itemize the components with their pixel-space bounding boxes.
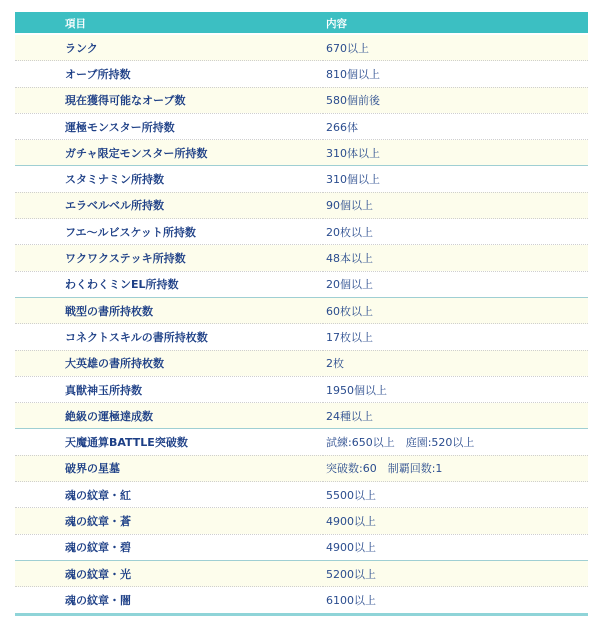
row-item: ワクワクステッキ所持数 [15, 245, 323, 271]
table-row: 魂の紋章・光5200以上 [15, 560, 588, 586]
table-row: 運極モンスター所持数266体 [15, 113, 588, 139]
row-value: 1950個以上 [323, 376, 588, 402]
table-row: 大英雄の書所持枚数2枚 [15, 350, 588, 376]
row-item: スタミナミン所持数 [15, 166, 323, 192]
table-row: 真獣神玉所持数1950個以上 [15, 376, 588, 402]
row-item: 真獣神玉所持数 [15, 376, 323, 402]
row-value: 17枚以上 [323, 324, 588, 350]
row-item: 天魔通算BATTLE突破数 [15, 429, 323, 455]
table-row: 魂の紋章・闇6100以上 [15, 587, 588, 614]
row-value: 670以上 [323, 35, 588, 61]
table-row: フエ〜ルビスケット所持数20枚以上 [15, 219, 588, 245]
row-item: ガチャ限定モンスター所持数 [15, 140, 323, 166]
status-table: 項目 内容 ランク670以上 オーブ所持数810個以上 現在獲得可能なオーブ数5… [15, 12, 588, 616]
row-item: 魂の紋章・紅 [15, 482, 323, 508]
row-item: 魂の紋章・蒼 [15, 508, 323, 534]
row-value: 810個以上 [323, 61, 588, 87]
row-item: 戦型の書所持枚数 [15, 297, 323, 323]
row-item: 現在獲得可能なオーブ数 [15, 87, 323, 113]
row-value: 310個以上 [323, 166, 588, 192]
row-value: 90個以上 [323, 192, 588, 218]
header-value: 内容 [323, 12, 588, 35]
table-row: 天魔通算BATTLE突破数試練:650以上 庭園:520以上 [15, 429, 588, 455]
row-item: 運極モンスター所持数 [15, 113, 323, 139]
table-row: 魂の紋章・碧4900以上 [15, 534, 588, 560]
row-value: 4900以上 [323, 534, 588, 560]
row-item: ランク [15, 35, 323, 61]
table-row: エラベルベル所持数90個以上 [15, 192, 588, 218]
table-row: オーブ所持数810個以上 [15, 61, 588, 87]
table-row: 絶級の運極達成数24種以上 [15, 403, 588, 429]
row-value: 48本以上 [323, 245, 588, 271]
table-row: ワクワクステッキ所持数48本以上 [15, 245, 588, 271]
table-row: 魂の紋章・蒼4900以上 [15, 508, 588, 534]
status-table-container: 項目 内容 ランク670以上 オーブ所持数810個以上 現在獲得可能なオーブ数5… [15, 12, 588, 616]
row-value: 試練:650以上 庭園:520以上 [323, 429, 588, 455]
row-value: 2枚 [323, 350, 588, 376]
row-item: コネクトスキルの書所持枚数 [15, 324, 323, 350]
row-item: わくわくミンEL所持数 [15, 271, 323, 297]
row-item: 魂の紋章・闇 [15, 587, 323, 614]
table-row: ガチャ限定モンスター所持数310体以上 [15, 140, 588, 166]
table-row: スタミナミン所持数310個以上 [15, 166, 588, 192]
row-item: オーブ所持数 [15, 61, 323, 87]
row-item: 破界の星墓 [15, 455, 323, 481]
row-item: 大英雄の書所持枚数 [15, 350, 323, 376]
row-value: 突破数:60 制覇回数:1 [323, 455, 588, 481]
table-row: 破界の星墓突破数:60 制覇回数:1 [15, 455, 588, 481]
row-value: 266体 [323, 113, 588, 139]
table-row: わくわくミンEL所持数20個以上 [15, 271, 588, 297]
table-row: 魂の紋章・紅5500以上 [15, 482, 588, 508]
row-item: フエ〜ルビスケット所持数 [15, 219, 323, 245]
row-value: 5500以上 [323, 482, 588, 508]
row-value: 5200以上 [323, 560, 588, 586]
row-value: 580個前後 [323, 87, 588, 113]
row-item: 絶級の運極達成数 [15, 403, 323, 429]
table-row: ランク670以上 [15, 35, 588, 61]
row-value: 20枚以上 [323, 219, 588, 245]
table-row: コネクトスキルの書所持枚数17枚以上 [15, 324, 588, 350]
table-row: 戦型の書所持枚数60枚以上 [15, 297, 588, 323]
row-value: 60枚以上 [323, 297, 588, 323]
row-value: 310体以上 [323, 140, 588, 166]
header-row: 項目 内容 [15, 12, 588, 35]
table-body: ランク670以上 オーブ所持数810個以上 現在獲得可能なオーブ数580個前後 … [15, 35, 588, 614]
row-item: エラベルベル所持数 [15, 192, 323, 218]
row-value: 6100以上 [323, 587, 588, 614]
row-value: 20個以上 [323, 271, 588, 297]
header-item: 項目 [15, 12, 323, 35]
row-item: 魂の紋章・碧 [15, 534, 323, 560]
row-value: 24種以上 [323, 403, 588, 429]
table-row: 現在獲得可能なオーブ数580個前後 [15, 87, 588, 113]
row-item: 魂の紋章・光 [15, 560, 323, 586]
table-header: 項目 内容 [15, 12, 588, 35]
row-value: 4900以上 [323, 508, 588, 534]
